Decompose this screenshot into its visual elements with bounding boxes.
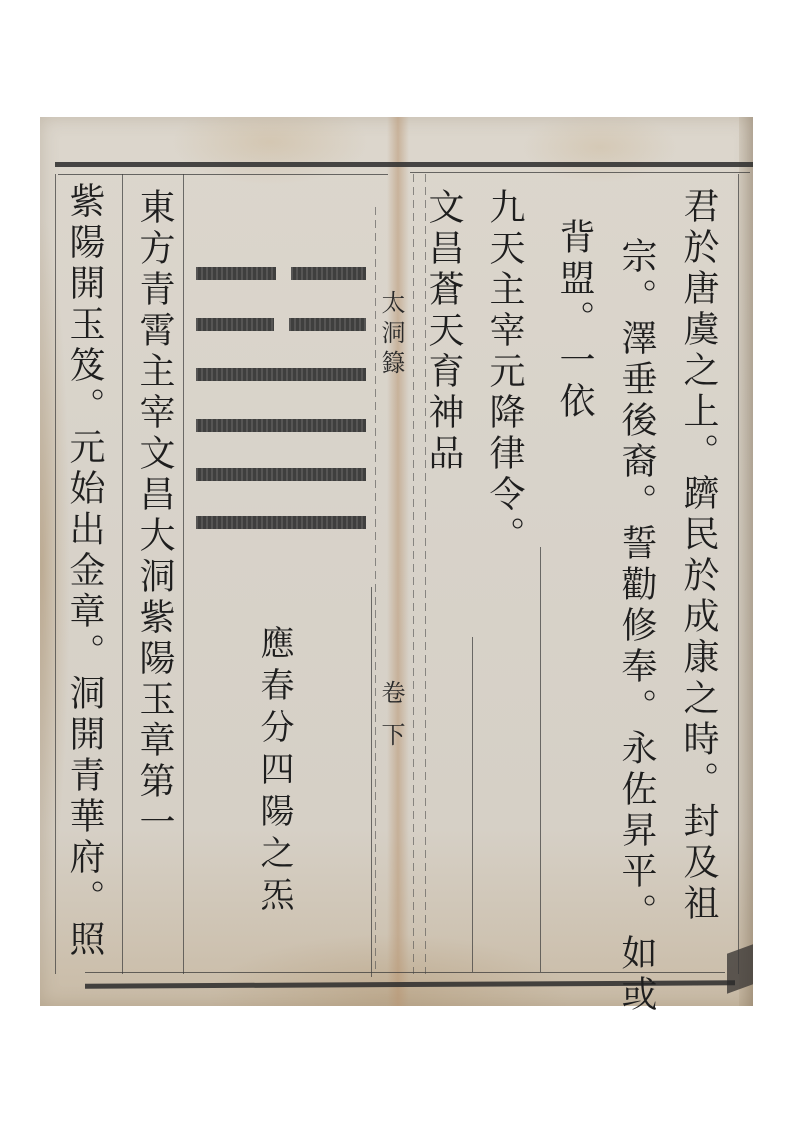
center-margin-left-line — [371, 587, 372, 977]
hexagram-line-4-solid — [196, 368, 366, 381]
left-page-outer-line — [55, 174, 56, 974]
right-column-4: 九天主宰元降律令。 — [486, 188, 522, 557]
hexagram-caption: 應春分四陽之炁 — [257, 625, 291, 919]
top-border-thin-right — [410, 172, 750, 173]
hexagram-line-1-solid — [196, 516, 366, 529]
hexagram-line-3-solid — [196, 419, 366, 432]
hexagram-da-zhuang — [196, 263, 366, 533]
left-column-2: 紫陽開玉笈。元始出金章。洞開青華府。照 — [66, 182, 102, 961]
right-column-1: 君於唐虞之上。躋民於成康之時。封及祖 — [680, 187, 716, 925]
volume-label: 卷下 — [379, 680, 403, 764]
right-column-3: 背盟。一依 — [556, 218, 592, 423]
right-page-outer-line — [738, 174, 739, 974]
right-column-2: 宗。澤垂後裔。誓勸修奉。永佐昇平。如或 — [618, 237, 654, 1016]
page-edge-shadow — [739, 117, 753, 1006]
right-column-divider-a — [472, 637, 473, 972]
center-fold-stain — [387, 117, 409, 1006]
text-hexagram-divider — [183, 174, 184, 974]
top-border-thick — [55, 162, 753, 167]
hexagram-right-guide — [375, 207, 376, 973]
right-column-5: 文昌蒼天育神品 — [425, 188, 461, 475]
hexagram-line-6-broken — [196, 267, 366, 280]
top-border-thin-left — [58, 174, 388, 175]
left-column-divider — [122, 174, 123, 974]
left-column-1: 東方青霄主宰文昌大洞紫陽玉章第一 — [136, 188, 172, 844]
center-margin-right-line — [413, 174, 414, 974]
book-title: 太洞籙 — [379, 290, 403, 380]
hexagram-line-5-broken — [196, 318, 366, 331]
right-column-divider-b — [540, 547, 541, 972]
hexagram-line-2-solid — [196, 468, 366, 481]
